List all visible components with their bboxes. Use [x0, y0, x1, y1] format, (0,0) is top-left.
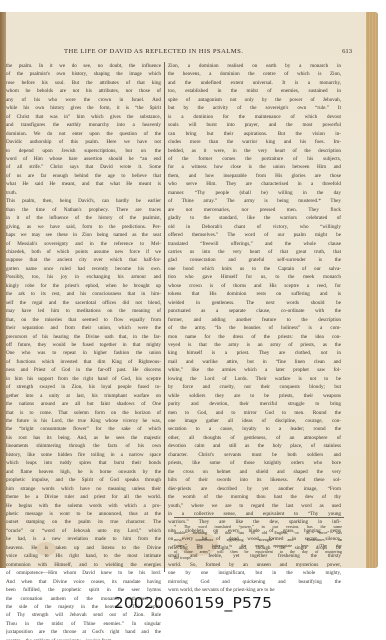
- text-line: of strength swayed in Zion, his loyal pe…: [6, 383, 161, 391]
- text-line: gotten name once ruled had recently beco…: [6, 265, 161, 273]
- text-line: old in Deborah's chant of victory, who “…: [168, 223, 341, 231]
- text-line: in it of the influence of the history of…: [6, 214, 161, 222]
- text-line: dier-priests are described by yet anothe…: [168, 485, 341, 493]
- text-line: bedded, as it were, in the very heart of…: [168, 147, 341, 155]
- text-line: he had, is a new revelation made to him …: [6, 535, 161, 543]
- text-line: word of Him whose bare assertion should …: [6, 155, 161, 163]
- text-line: of us are far enough behind the age to b…: [6, 172, 161, 180]
- text-line: of the army. “In the beauties of holines…: [168, 324, 341, 332]
- text-line: now, sometimes signifying “strength” and…: [174, 537, 342, 543]
- text-line: one by one insignificant, but in the who…: [168, 569, 341, 577]
- text-line: can bring but their aspirations. But the…: [168, 130, 341, 138]
- running-head: THE LIFE OF DAVID AS REFLECTED IN HIS PS…: [64, 48, 352, 55]
- text-line: mirroring God and quickening and beautif…: [168, 578, 341, 586]
- text-line: is a dominion for the maintenance of whi…: [168, 113, 341, 121]
- text-line: outset stamping on the psalm its true ch…: [6, 518, 161, 526]
- text-line: that is to come. That solemn form on the…: [6, 409, 161, 417]
- text-line: for a witness how close is the union bet…: [168, 163, 341, 171]
- text-line: but by the activity of the sovereign's o…: [168, 104, 341, 112]
- text-line: whose crown is of thorns and His sceptre…: [168, 282, 341, 290]
- text-line: punctuated as a separate clause, co-ordi…: [168, 307, 341, 315]
- text-line: the psalm. In it we do see, no doubt, th…: [6, 62, 161, 70]
- page-edges: [366, 12, 378, 568]
- text-line: the heavens, a dominion the centre of wh…: [168, 70, 341, 78]
- text-line: manner. “Thy people (shall be) willing i…: [168, 189, 341, 197]
- text-line: veyed is that the army is an army of pri…: [168, 341, 341, 349]
- text-line: phetic message is wont to be announced, …: [6, 510, 161, 518]
- text-line: of Thine array.” The army is being muste…: [168, 197, 341, 205]
- text-line: One who was to repeat in higher fashion …: [6, 349, 161, 357]
- text-line: hilts of their swords into its likeness.…: [168, 476, 341, 484]
- text-line: souls will burst into prayer, and the mo…: [168, 121, 341, 129]
- right-column: Zion, a dominion realised on earth by a …: [168, 62, 341, 595]
- text-line: gladly to the standard, like the warrior…: [168, 214, 341, 222]
- text-line: in him his support from the right hand o…: [6, 375, 161, 383]
- text-line: former, and adding another feature to th…: [168, 316, 341, 324]
- text-line: the troops: [174, 555, 342, 561]
- text-line: of Thy strength will Jehovah send out of…: [6, 611, 161, 619]
- text-line: mon name for the dress of the priests: t…: [168, 333, 341, 341]
- text-line: kingly robe for the priest's ephod, when…: [6, 282, 161, 290]
- text-line: men to God, and to mirror God to men. Ro…: [168, 409, 341, 417]
- image-caption: 20020060159_P575: [0, 594, 386, 612]
- text-line: who serve Him. They are characterised in…: [168, 180, 341, 188]
- text-line: He begins with the solemn words with whi…: [6, 502, 161, 510]
- text-line: off future, they would be fused together…: [6, 341, 161, 349]
- text-line: giving, as we have said, form to the pre…: [6, 223, 161, 231]
- text-line: rose before his soul. But the attributes…: [6, 79, 161, 87]
- text-line: haps we may see these in Zion being name…: [6, 231, 161, 239]
- text-line: character. Christ's servants must be bot…: [168, 451, 341, 459]
- text-line: of functions which invested that dim Kin…: [6, 358, 161, 366]
- text-line: the cross on helmet and shield and shape…: [168, 468, 341, 476]
- text-line: than the time of Nathan's prophecy. Ther…: [6, 206, 161, 214]
- text-line: self the regal and the sacerdotal office…: [6, 299, 161, 307]
- text-line: devotion calm and still as the holy plac…: [168, 442, 341, 450]
- text-line: gether into a unity at last, his triumph…: [6, 392, 161, 400]
- text-line: white,” like the armies which a later pr…: [168, 366, 341, 374]
- text-line: “oracle” or “word of Jehovah unto my Lor…: [6, 527, 161, 535]
- text-line: the womb of the morning thou hast the de…: [168, 493, 341, 501]
- text-line: offered themselves.” The word of our psa…: [168, 231, 341, 239]
- text-line: ness and Priest of God in the far-off pa…: [6, 366, 161, 374]
- text-line: his root has its being. And, as he sees …: [6, 434, 161, 442]
- text-line: while soldiers they are to be priests, t…: [168, 392, 341, 400]
- text-line: youth,” where we are to regard the last …: [168, 502, 341, 510]
- text-line: tokens that His dominion rests on suffer…: [168, 290, 341, 298]
- text-line: too, established in the midst of enemies…: [168, 87, 341, 95]
- text-line: and flame heaven high, he is borne onwar…: [6, 468, 161, 476]
- text-line: tion who gave Himself for us, to the mee…: [168, 273, 341, 281]
- text-line: one image gather all ideas of discipline…: [168, 417, 341, 425]
- text-line: dominion. We do not enter upon the quest…: [6, 130, 161, 138]
- text-line: any of his who wore the crown in Israel.…: [6, 96, 161, 104]
- text-line: translated “freewill offerings,” and the…: [168, 240, 341, 248]
- text-line: communion with Himself, and to wielding …: [6, 561, 161, 569]
- text-line: that, on the miseries that seemed to flo…: [6, 316, 161, 324]
- text-line: chizedek, both of which points assume ne…: [6, 248, 161, 256]
- text-line: him strange words which have no meaning …: [6, 485, 161, 493]
- text-line: glad consecration and grateful self-surr…: [168, 256, 341, 264]
- text-line: of the psalmist's own history, shaping t…: [6, 70, 161, 78]
- text-line: to depend upon Jewish superscriptions, b…: [6, 147, 161, 155]
- text-line: other, all thoughts of gentleness, of an…: [168, 434, 341, 442]
- text-line: world. So, formed by an unseen and myste…: [168, 561, 341, 569]
- text-line: spite of antagonism not only by the powe…: [168, 96, 341, 104]
- page-number: 613: [342, 48, 352, 55]
- text-line: secration to a cause, loyalty to a leade…: [168, 425, 341, 433]
- text-line: which leaps into ruddy spires that burst…: [6, 459, 161, 467]
- text-line: of the former comes the portraiture of h…: [168, 155, 341, 163]
- text-line: and transfigures the earthly monarchy in…: [6, 121, 161, 129]
- text-line: heavens. He is taken up and listens to t…: [6, 544, 161, 552]
- book-page: THE LIFE OF DAVID AS REFLECTED IN HIS PS…: [6, 12, 366, 568]
- text-line: history, like some hidden fire toiling i…: [6, 451, 161, 459]
- text-line: one bond which knits us to the Captain o…: [168, 265, 341, 273]
- text-line: the nations around are all but faint sha…: [6, 400, 161, 408]
- text-line: voice calling to His right hand, to the …: [6, 552, 161, 560]
- book-scan: THE LIFE OF DAVID AS REFLECTED IN HIS PS…: [0, 12, 378, 568]
- text-line: what He said He meant, and that what He …: [6, 180, 161, 188]
- text-line: of omnipotence—Him whom David knew to be…: [6, 569, 161, 577]
- text-line: by force and cruelty, nor their conquest…: [168, 383, 341, 391]
- text-line: double meaning as that has in old Englis…: [174, 530, 342, 536]
- text-line: precursors of his hearing the Divine oat…: [6, 333, 161, 341]
- column-divider: [164, 62, 165, 572]
- text-line: of Messiah's sovereignty and in the refe…: [6, 240, 161, 248]
- text-line: the “bright consummate flower” for the s…: [6, 425, 161, 433]
- text-line: wielded in gentleness. The next words sh…: [168, 299, 341, 307]
- text-line: Zion, a dominion realised on earth by a …: [168, 62, 341, 70]
- text-line: theme be a Divine ruler and priest for a…: [6, 493, 161, 501]
- footnote-rule: [174, 517, 344, 518]
- text-line: may have led him to meditations on the m…: [6, 307, 161, 315]
- text-line: lineaments shimmering through the facts …: [6, 442, 161, 450]
- running-head-title: THE LIFE OF DAVID AS REFLECTED IN HIS PS…: [64, 48, 243, 55]
- text-line: priests, like some of those knightly ord…: [168, 459, 341, 467]
- text-line: cludes more than the warrior king and hi…: [168, 138, 341, 146]
- text-line: the ark to its rest, and his consciousne…: [6, 290, 161, 298]
- footnote: * The word translated “power,” in our ve…: [174, 524, 342, 562]
- text-line: lowing the Lord of Lords. Their warfare …: [168, 375, 341, 383]
- text-line: of thine army” will then be equivalent t…: [174, 549, 342, 555]
- text-line: them, and how inseparable from His glori…: [168, 172, 341, 180]
- text-line: This psalm, then, being David's, can har…: [6, 197, 161, 205]
- text-line: Possibly, too, his joy in exchanging his…: [6, 273, 161, 281]
- text-line: prophetic impulse, and the Spirit of God…: [6, 476, 161, 484]
- text-line: their separation and from their union, w…: [6, 324, 161, 332]
- text-line: carries us into the very heart of that g…: [168, 248, 341, 256]
- text-line: the future is his Lord, the true King wh…: [6, 417, 161, 425]
- text-line: purity and devotion, their merciful stru…: [168, 400, 341, 408]
- text-line: And when that Divine voice ceases, its m…: [6, 578, 161, 586]
- text-line: while his own history gives the form, it…: [6, 104, 161, 112]
- text-line: Thou in the midst of Thine enemies.” In …: [6, 620, 161, 628]
- text-line: juxtaposition are the throne at God's ri…: [6, 628, 161, 636]
- text-line: of all strife.” Christ says that David w…: [6, 163, 161, 171]
- text-line: truth.: [6, 189, 161, 197]
- text-line: suppose that the ancient city over which…: [6, 256, 161, 264]
- text-line: of Christ that was in” him which gives t…: [6, 113, 161, 121]
- text-line: Davidic authorship of this psalm. Here w…: [6, 138, 161, 146]
- left-column: the psalm. In it we do see, no doubt, th…: [6, 62, 161, 640]
- text-line: mail and warlike attire, but in “fine li…: [168, 358, 341, 366]
- text-line: are not mercenaries, nor pressed men. Th…: [168, 206, 341, 214]
- text-line: whom he beholds are not his attributes, …: [6, 87, 161, 95]
- text-line: and the undefined extent universal. It i…: [168, 79, 341, 87]
- text-line: king himself is a priest. They are cloth…: [168, 349, 341, 357]
